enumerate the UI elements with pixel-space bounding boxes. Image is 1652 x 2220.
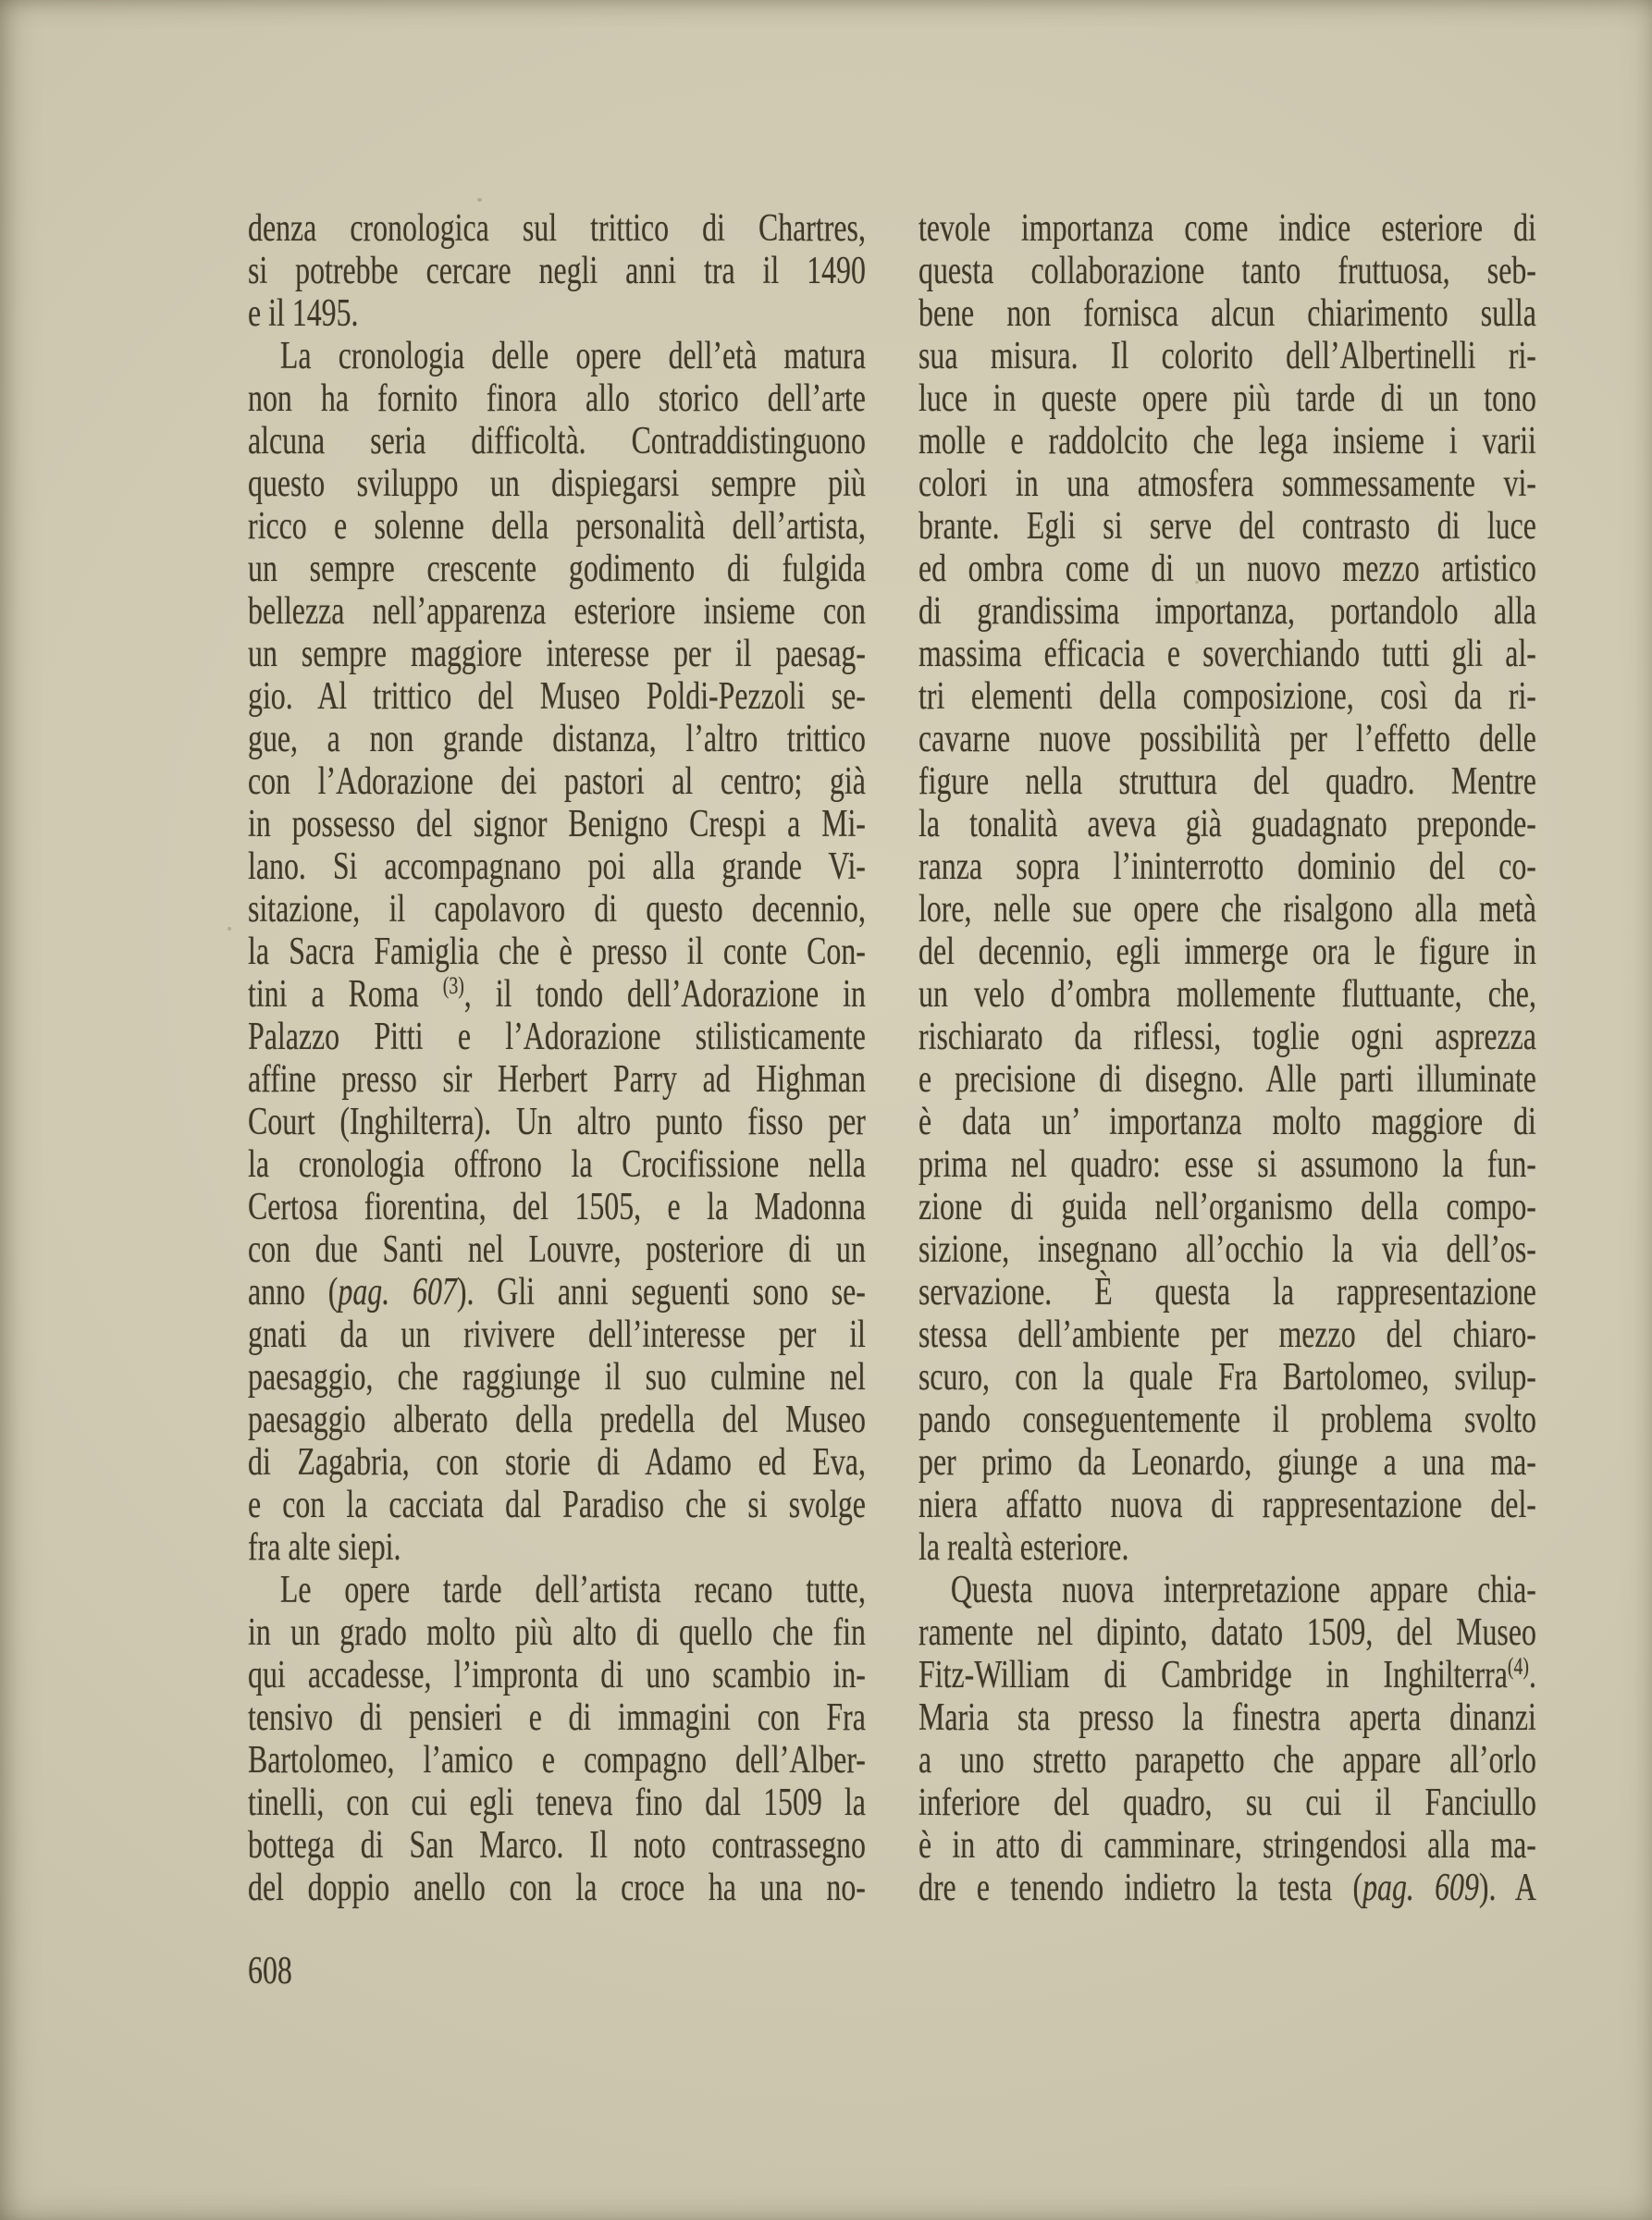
text-line: ed ombra come di un nuovo mezzo artistic… xyxy=(918,548,1536,590)
text-line: è in atto di camminare, stringendosi all… xyxy=(918,1824,1536,1867)
text-run: Court (Inghilterra). Un altro punto fiss… xyxy=(248,1101,866,1143)
text-run: è in atto di camminare, stringendosi all… xyxy=(918,1824,1536,1867)
text-run: a uno stretto parapetto che appare all’o… xyxy=(918,1739,1536,1782)
text-line: pando conseguentemente il problema svolt… xyxy=(918,1399,1536,1441)
text-run: un velo d’ombra mollemente fluttuante, c… xyxy=(918,973,1536,1016)
text-run: dre e tenendo indietro la testa ( xyxy=(918,1867,1362,1909)
text-run: sua misura. Il colorito dell’Albertinell… xyxy=(918,335,1536,377)
text-line: in un grado molto più alto di quello che… xyxy=(248,1611,866,1654)
text-line: la realtà esteriore. xyxy=(918,1526,1536,1569)
text-run: massima efficacia e soverchiando tutti g… xyxy=(918,633,1536,675)
text-line: per primo da Leonardo, giunge a una ma- xyxy=(918,1441,1536,1484)
text-line: un sempre crescente godimento di fulgida xyxy=(248,548,866,590)
text-line: un sempre maggiore interesse per il paes… xyxy=(248,633,866,675)
paper-speck xyxy=(477,198,482,202)
text-line: in possesso del signor Benigno Crespi a … xyxy=(248,803,866,845)
text-line: inferiore del quadro, su cui il Fanciull… xyxy=(918,1782,1536,1824)
text-run: bellezza nell’apparenza esteriore insiem… xyxy=(248,590,866,633)
text-run: rischiarato da riflessi, toglie ogni asp… xyxy=(918,1016,1536,1058)
text-line: e il 1495. xyxy=(248,292,866,335)
text-column-left: denza cronologica sul trittico di Chartr… xyxy=(248,207,866,1909)
text-run: un sempre maggiore interesse per il paes… xyxy=(248,633,866,675)
text-line: bottega di San Marco. Il noto contrasseg… xyxy=(248,1824,866,1867)
text-line: colori in una atmosfera sommessamente vi… xyxy=(918,462,1536,505)
text-run: brante. Egli si serve del contrasto di l… xyxy=(918,505,1536,548)
text-run: Certosa fiorentina, del 1505, e la Madon… xyxy=(248,1186,866,1228)
text-line: lore, nelle sue opere che risalgono alla… xyxy=(918,888,1536,931)
text-run: ). Gli anni seguenti sono se- xyxy=(457,1271,866,1313)
book-page: denza cronologica sul trittico di Chartr… xyxy=(0,0,1652,2220)
text-run: ricco e solenne della personalità dell’a… xyxy=(248,505,866,548)
text-run: ed ombra come di un nuovo mezzo artistic… xyxy=(918,548,1536,590)
text-line: rischiarato da riflessi, toglie ogni asp… xyxy=(918,1016,1536,1058)
text-line: Palazzo Pitti e l’Adorazione stilisticam… xyxy=(248,1016,866,1058)
text-run: alcuna seria difficoltà. Contraddistingu… xyxy=(248,420,866,462)
text-line: bene non fornisca alcun chiarimento sull… xyxy=(918,292,1536,335)
text-line: zione di guida nell’organismo della comp… xyxy=(918,1186,1536,1228)
text-line: paesaggio alberato della predella del Mu… xyxy=(248,1399,866,1441)
text-run: paesaggio alberato della predella del Mu… xyxy=(248,1399,866,1441)
text-line: Le opere tarde dell’artista recano tutte… xyxy=(248,1569,866,1611)
text-line: Court (Inghilterra). Un altro punto fiss… xyxy=(248,1101,866,1143)
text-line: un velo d’ombra mollemente fluttuante, c… xyxy=(918,973,1536,1016)
italic-text-run: pag. 607 xyxy=(338,1271,456,1313)
text-line: stessa dell’ambiente per mezzo del chiar… xyxy=(918,1313,1536,1356)
text-run: si potrebbe cercare negli anni tra il 14… xyxy=(248,250,866,292)
text-run: stessa dell’ambiente per mezzo del chiar… xyxy=(918,1313,1536,1356)
text-run: Questa nuova interpretazione appare chia… xyxy=(951,1569,1536,1611)
text-run: sizione, insegnano all’occhio la via del… xyxy=(918,1228,1536,1271)
text-line: servazione. È questa la rappresentazione xyxy=(918,1271,1536,1313)
text-run: per primo da Leonardo, giunge a una ma- xyxy=(918,1441,1536,1484)
text-line: bellezza nell’apparenza esteriore insiem… xyxy=(248,590,866,633)
text-run: con l’Adorazione dei pastori al centro; … xyxy=(248,760,866,803)
text-run: affine presso sir Herbert Parry ad Highm… xyxy=(248,1058,866,1101)
text-run: e il 1495. xyxy=(248,292,359,335)
text-run: bottega di San Marco. Il noto contrasseg… xyxy=(248,1824,866,1867)
text-run: la cronologia offrono la Crocifissione n… xyxy=(248,1143,866,1186)
text-run: ranza sopra l’ininterrotto dominio del c… xyxy=(918,845,1536,888)
text-line: denza cronologica sul trittico di Chartr… xyxy=(248,207,866,250)
text-line: dre e tenendo indietro la testa (pag. 60… xyxy=(918,1867,1536,1909)
text-run: bene non fornisca alcun chiarimento sull… xyxy=(918,292,1536,335)
text-line: questa collaborazione tanto fruttuosa, s… xyxy=(918,250,1536,292)
text-line: fra alte siepi. xyxy=(248,1526,866,1569)
text-run: . xyxy=(1529,1654,1536,1696)
text-run: scuro, con la quale Fra Bartolomeo, svil… xyxy=(918,1356,1536,1399)
text-line: si potrebbe cercare negli anni tra il 14… xyxy=(248,250,866,292)
footnote-marker: (3) xyxy=(443,972,464,999)
text-run: e con la cacciata dal Paradiso che si sv… xyxy=(248,1484,866,1526)
text-line: cavarne nuove possibilità per l’effetto … xyxy=(918,718,1536,760)
text-run: paesaggio, che raggiunge il suo culmine … xyxy=(248,1356,866,1399)
text-run: tensivo di pensieri e di immagini con Fr… xyxy=(248,1696,866,1739)
text-line: la Sacra Famiglia che è presso il conte … xyxy=(248,931,866,973)
text-run: gnati da un rivivere dell’interesse per … xyxy=(248,1313,866,1356)
text-run: Maria sta presso la finestra aperta dina… xyxy=(918,1696,1536,1739)
text-run: un sempre crescente godimento di fulgida xyxy=(248,548,866,590)
text-run: lore, nelle sue opere che risalgono alla… xyxy=(918,888,1536,931)
text-line: la cronologia offrono la Crocifissione n… xyxy=(248,1143,866,1186)
text-run: gue, a non grande distanza, l’altro trit… xyxy=(248,718,866,760)
text-line: brante. Egli si serve del contrasto di l… xyxy=(918,505,1536,548)
text-run: Fitz-William di Cambridge in Inghilterra xyxy=(918,1654,1508,1696)
text-line: e con la cacciata dal Paradiso che si sv… xyxy=(248,1484,866,1526)
text-run: prima nel quadro: esse si assumono la fu… xyxy=(918,1143,1536,1186)
text-line: del doppio anello con la croce ha una no… xyxy=(248,1867,866,1909)
text-line: gio. Al trittico del Museo Poldi-Pezzoli… xyxy=(248,675,866,718)
text-line: tevole importanza come indice esteriore … xyxy=(918,207,1536,250)
text-run: e precisione di disegno. Alle parti illu… xyxy=(918,1058,1536,1101)
text-line: scuro, con la quale Fra Bartolomeo, svil… xyxy=(918,1356,1536,1399)
text-line: sua misura. Il colorito dell’Albertinell… xyxy=(918,335,1536,377)
text-run: sitazione, il capolavoro di questo decen… xyxy=(248,888,866,931)
text-line: tinelli, con cui egli teneva fino dal 15… xyxy=(248,1782,866,1824)
text-run: del decennio, egli immerge ora le figure… xyxy=(918,931,1536,973)
text-line: a uno stretto parapetto che appare all’o… xyxy=(918,1739,1536,1782)
text-run: gio. Al trittico del Museo Poldi-Pezzoli… xyxy=(248,675,866,718)
text-line: massima efficacia e soverchiando tutti g… xyxy=(918,633,1536,675)
text-run: luce in queste opere più tarde di un ton… xyxy=(918,377,1536,420)
text-line: tri elementi della composizione, così da… xyxy=(918,675,1536,718)
text-run: di grandissima importanza, portandolo al… xyxy=(918,590,1536,633)
text-line: niera affatto nuova di rappresentazione … xyxy=(918,1484,1536,1526)
text-line: lano. Si accompagnano poi alla grande Vi… xyxy=(248,845,866,888)
text-run: in possesso del signor Benigno Crespi a … xyxy=(248,803,866,845)
text-run: tevole importanza come indice esteriore … xyxy=(918,207,1536,250)
text-line: la tonalità aveva già guadagnato prepond… xyxy=(918,803,1536,845)
text-run: , il tondo dell’Adorazione in xyxy=(464,973,866,1016)
text-run: pando conseguentemente il problema svolt… xyxy=(918,1399,1536,1441)
text-run: niera affatto nuova di rappresentazione … xyxy=(918,1484,1536,1526)
text-run: cavarne nuove possibilità per l’effetto … xyxy=(918,718,1536,760)
text-line: Certosa fiorentina, del 1505, e la Madon… xyxy=(248,1186,866,1228)
text-line: qui accadesse, l’impronta di uno scambio… xyxy=(248,1654,866,1696)
text-line: Maria sta presso la finestra aperta dina… xyxy=(918,1696,1536,1739)
text-run: del doppio anello con la croce ha una no… xyxy=(248,1867,866,1909)
text-run: la Sacra Famiglia che è presso il conte … xyxy=(248,931,866,973)
text-run: servazione. È questa la rappresentazione xyxy=(918,1271,1536,1313)
text-line: non ha fornito finora allo storico dell’… xyxy=(248,377,866,420)
text-line: figure nella struttura del quadro. Mentr… xyxy=(918,760,1536,803)
text-run: di Zagabria, con storie di Adamo ed Eva, xyxy=(248,1441,866,1484)
text-run: tri elementi della composizione, così da… xyxy=(918,675,1536,718)
text-line: Questa nuova interpretazione appare chia… xyxy=(918,1569,1536,1611)
text-line: questo sviluppo un dispiegarsi sempre pi… xyxy=(248,462,866,505)
text-line: sitazione, il capolavoro di questo decen… xyxy=(248,888,866,931)
text-run: questo sviluppo un dispiegarsi sempre pi… xyxy=(248,462,866,505)
text-run: in un grado molto più alto di quello che… xyxy=(248,1611,866,1654)
text-line: ranza sopra l’ininterrotto dominio del c… xyxy=(918,845,1536,888)
text-run: zione di guida nell’organismo della comp… xyxy=(918,1186,1536,1228)
text-run: Bartolomeo, l’amico e compagno dell’Albe… xyxy=(248,1739,866,1782)
text-run: tinelli, con cui egli teneva fino dal 15… xyxy=(248,1782,866,1824)
text-run: questa collaborazione tanto fruttuosa, s… xyxy=(918,250,1536,292)
text-line: e precisione di disegno. Alle parti illu… xyxy=(918,1058,1536,1101)
text-line: con l’Adorazione dei pastori al centro; … xyxy=(248,760,866,803)
text-line: molle e raddolcito che lega insieme i va… xyxy=(918,420,1536,462)
text-run: è data un’ importanza molto maggiore di xyxy=(918,1101,1536,1143)
text-run: Palazzo Pitti e l’Adorazione stilisticam… xyxy=(248,1016,866,1058)
text-line: gnati da un rivivere dell’interesse per … xyxy=(248,1313,866,1356)
text-line: tini a Roma (3), il tondo dell’Adorazion… xyxy=(248,973,866,1016)
text-line: alcuna seria difficoltà. Contraddistingu… xyxy=(248,420,866,462)
text-run: figure nella struttura del quadro. Mentr… xyxy=(918,760,1536,803)
text-column-right: tevole importanza come indice esteriore … xyxy=(918,207,1536,1909)
text-line: è data un’ importanza molto maggiore di xyxy=(918,1101,1536,1143)
text-run: anno ( xyxy=(248,1271,338,1313)
text-line: La cronologia delle opere dell’età matur… xyxy=(248,335,866,377)
text-line: gue, a non grande distanza, l’altro trit… xyxy=(248,718,866,760)
text-run: la tonalità aveva già guadagnato prepond… xyxy=(918,803,1536,845)
text-run: denza cronologica sul trittico di Chartr… xyxy=(248,207,866,250)
text-run: la realtà esteriore. xyxy=(918,1526,1128,1569)
text-run: ). A xyxy=(1479,1867,1536,1909)
text-run: non ha fornito finora allo storico dell’… xyxy=(248,377,866,420)
text-run: colori in una atmosfera sommessamente vi… xyxy=(918,462,1536,505)
text-line: luce in queste opere più tarde di un ton… xyxy=(918,377,1536,420)
page-number: 608 xyxy=(248,1950,292,1992)
text-line: anno (pag. 607). Gli anni seguenti sono … xyxy=(248,1271,866,1313)
text-line: paesaggio, che raggiunge il suo culmine … xyxy=(248,1356,866,1399)
text-run: lano. Si accompagnano poi alla grande Vi… xyxy=(248,845,866,888)
text-line: di grandissima importanza, portandolo al… xyxy=(918,590,1536,633)
text-run: molle e raddolcito che lega insieme i va… xyxy=(918,420,1536,462)
text-run: tini a Roma xyxy=(248,973,443,1016)
text-line: prima nel quadro: esse si assumono la fu… xyxy=(918,1143,1536,1186)
text-run: La cronologia delle opere dell’età matur… xyxy=(280,335,866,377)
text-run: con due Santi nel Louvre, posteriore di … xyxy=(248,1228,866,1271)
text-line: tensivo di pensieri e di immagini con Fr… xyxy=(248,1696,866,1739)
text-run: Le opere tarde dell’artista recano tutte… xyxy=(280,1569,866,1611)
footnote-marker: (4) xyxy=(1508,1653,1529,1680)
text-line: sizione, insegnano all’occhio la via del… xyxy=(918,1228,1536,1271)
text-line: ricco e solenne della personalità dell’a… xyxy=(248,505,866,548)
text-line: di Zagabria, con storie di Adamo ed Eva, xyxy=(248,1441,866,1484)
text-run: inferiore del quadro, su cui il Fanciull… xyxy=(918,1782,1536,1824)
paper-speck xyxy=(228,927,231,931)
text-run: fra alte siepi. xyxy=(248,1526,401,1569)
text-line: Bartolomeo, l’amico e compagno dell’Albe… xyxy=(248,1739,866,1782)
italic-text-run: pag. 609 xyxy=(1362,1867,1479,1909)
text-line: ramente nel dipinto, datato 1509, del Mu… xyxy=(918,1611,1536,1654)
text-run: qui accadesse, l’impronta di uno scambio… xyxy=(248,1654,866,1696)
text-run: ramente nel dipinto, datato 1509, del Mu… xyxy=(918,1611,1536,1654)
text-line: con due Santi nel Louvre, posteriore di … xyxy=(248,1228,866,1271)
text-line: affine presso sir Herbert Parry ad Highm… xyxy=(248,1058,866,1101)
text-line: Fitz-William di Cambridge in Inghilterra… xyxy=(918,1654,1536,1696)
text-line: del decennio, egli immerge ora le figure… xyxy=(918,931,1536,973)
